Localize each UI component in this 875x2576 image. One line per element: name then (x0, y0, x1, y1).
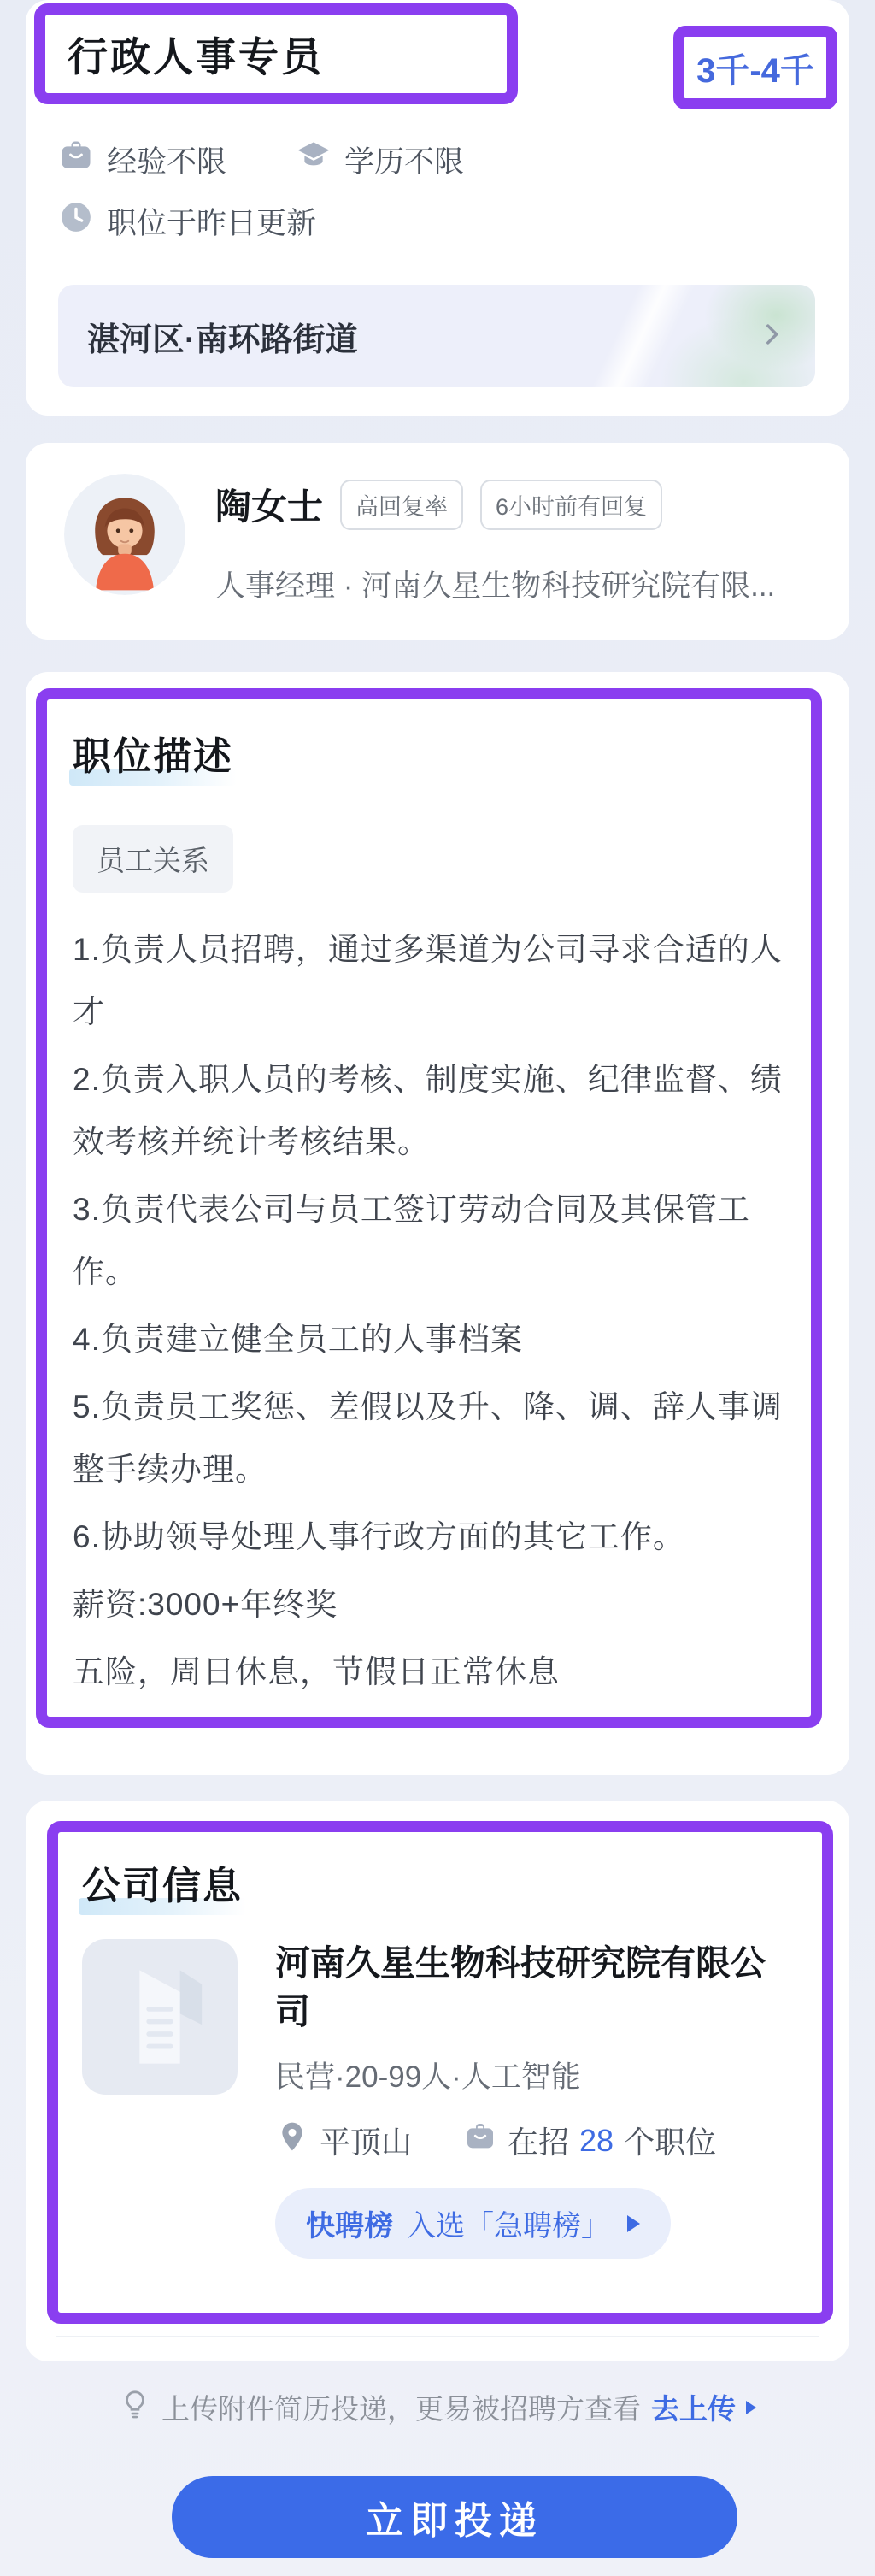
skill-tag: 员工关系 (73, 825, 233, 893)
salary-range: 3千-4千 (696, 44, 814, 92)
education-label: 学历不限 (344, 139, 464, 181)
job-detail-page: 行政人事专员 3千-4千 经验不限 学历不限 (0, 0, 875, 2576)
job-requirements-row: 经验不限 学历不限 (57, 137, 464, 182)
lightbulb-icon (119, 2388, 151, 2427)
job-title: 行政人事专员 (45, 26, 324, 83)
description-section-title: 职位描述 (73, 725, 233, 781)
open-jobs-count: 28 (579, 2123, 614, 2159)
company-card: 公司信息 河南久星生物科技研究院有限公司 民营·20-99人·人工智能 (26, 1801, 849, 2361)
chevron-right-icon (757, 320, 786, 353)
recruiter-subtitle: 人事经理 · 河南久星生物科技研究院有限... (215, 563, 839, 605)
description-line: 5.负责员工奖惩、差假以及升、降、调、辞人事调整手续办理。 (73, 1376, 785, 1500)
job-header-card: 行政人事专员 3千-4千 经验不限 学历不限 (26, 0, 849, 416)
last-reply-badge: 6小时前有回复 (480, 480, 662, 530)
job-updated-row: 职位于昨日更新 (57, 198, 316, 244)
annotation-box-salary: 3千-4千 (673, 26, 837, 109)
rank-name: 快聘榜 (306, 2202, 393, 2244)
graduation-cap-icon (295, 137, 332, 182)
location-bar[interactable]: 湛河区·南环路街道 (58, 285, 815, 387)
recruiter-card[interactable]: 陶女士 高回复率 6小时前有回复 人事经理 · 河南久星生物科技研究院有限... (26, 443, 849, 640)
description-line: 3.负责代表公司与员工签订劳动合同及其保管工作。 (73, 1178, 785, 1303)
recruiter-avatar (64, 474, 185, 595)
company-details: 河南久星生物科技研究院有限公司 民营·20-99人·人工智能 平顶山 (275, 1939, 798, 2259)
company-info-row[interactable]: 河南久星生物科技研究院有限公司 民营·20-99人·人工智能 平顶山 (82, 1939, 798, 2259)
job-description-card: 职位描述 员工关系 1.负责人员招聘，通过多渠道为公司寻求合适的人才 2.负责入… (26, 672, 849, 1775)
updated-label: 职位于昨日更新 (107, 200, 316, 243)
location-text: 湛河区·南环路街道 (87, 313, 358, 360)
recruiter-name-row: 陶女士 高回复率 6小时前有回复 (215, 479, 662, 530)
education-requirement: 学历不限 (295, 137, 464, 182)
clock-icon (57, 198, 95, 244)
annotation-box-description: 职位描述 员工关系 1.负责人员招聘，通过多渠道为公司寻求合适的人才 2.负责入… (36, 688, 822, 1728)
reply-rate-badge: 高回复率 (340, 480, 463, 530)
description-line: 6.协助领导处理人事行政方面的其它工作。 (73, 1506, 785, 1568)
experience-label: 经验不限 (107, 139, 226, 181)
arrow-right-icon (627, 2215, 640, 2232)
experience-requirement: 经验不限 (57, 137, 226, 182)
description-line: 薪资:3000+年终奖 (73, 1573, 785, 1636)
company-location-row: 平顶山 在招28个职位 (275, 2119, 798, 2162)
description-line: 4.负责建立健全员工的人事档案 (73, 1308, 785, 1371)
annotation-box-company: 公司信息 河南久星生物科技研究院有限公司 民营·20-99人·人工智能 (47, 1821, 833, 2324)
briefcase-icon (57, 137, 95, 182)
description-text: 1.负责人员招聘，通过多渠道为公司寻求合适的人才 2.负责入职人员的考核、制度实… (73, 918, 785, 1703)
arrow-right-icon (746, 2401, 756, 2414)
apply-button[interactable]: 立即投递 (172, 2476, 737, 2558)
recruiter-name: 陶女士 (215, 479, 323, 530)
upload-link[interactable]: 去上传 (651, 2387, 736, 2427)
company-name: 河南久星生物科技研究院有限公司 (275, 1939, 798, 2037)
company-section-title: 公司信息 (82, 1854, 243, 1910)
description-line: 1.负责人员招聘，通过多渠道为公司寻求合适的人才 (73, 918, 785, 1043)
description-line: 五险，周日休息，节假日正常休息 (73, 1641, 785, 1703)
company-city: 平顶山 (275, 2119, 412, 2162)
rank-banner[interactable]: 快聘榜 入选「急聘榜」 (275, 2188, 671, 2259)
company-meta: 民营·20-99人·人工智能 (275, 2054, 798, 2096)
briefcase-icon (463, 2119, 497, 2161)
company-logo (82, 1939, 238, 2095)
map-pin-icon (275, 2119, 309, 2161)
company-open-jobs: 在招28个职位 (463, 2119, 716, 2162)
updated-info: 职位于昨日更新 (57, 198, 316, 244)
divider (56, 2336, 819, 2337)
description-line: 2.负责入职人员的考核、制度实施、纪律监督、绩效考核并统计考核结果。 (73, 1048, 785, 1173)
rank-detail: 入选「急聘榜」 (407, 2202, 610, 2244)
tip-text: 上传附件简历投递，更易被招聘方查看 (161, 2387, 641, 2427)
resume-upload-tip: 上传附件简历投递，更易被招聘方查看 去上传 (0, 2387, 875, 2427)
annotation-box-title: 行政人事专员 (34, 3, 518, 104)
